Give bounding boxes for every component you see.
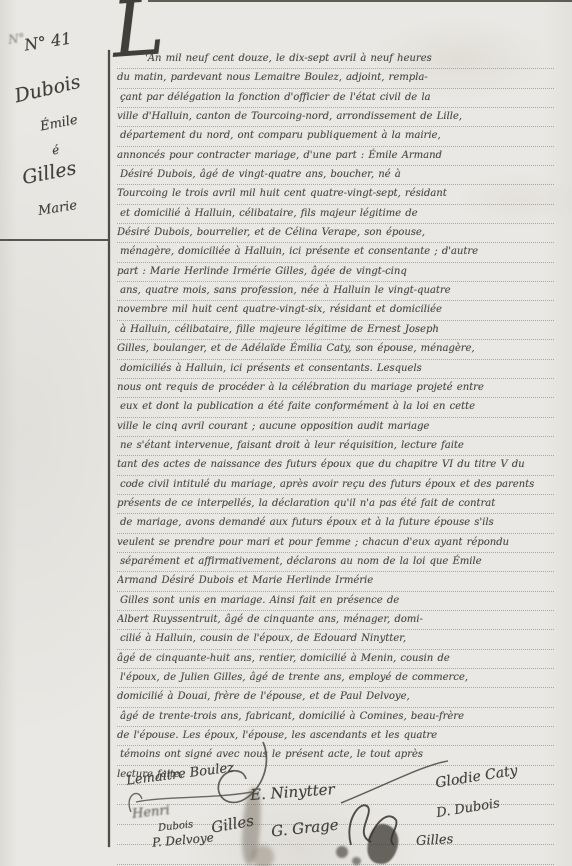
text-line: âgé de cinquante-huit ans, rentier, domi… [117, 650, 554, 669]
text-line: novembre mil huit cent quatre-vingt-six,… [117, 301, 554, 320]
margin-bride-given: Marie [37, 198, 78, 219]
margin-horizontal-rule [0, 239, 108, 241]
act-body: 'An mil neuf cent douze, le dix-sept avr… [117, 50, 554, 865]
text-line: ans, quatre mois, sans profession, née à… [117, 282, 554, 301]
registry-page: N° N° 41 Dubois Émile é Gilles Marie L '… [0, 0, 572, 866]
margin-conjunction: é [51, 142, 60, 157]
ink-smudge-bottom [252, 845, 274, 866]
margin-groom-surname: Dubois [12, 71, 82, 107]
text-line: Gilles, boulanger, et de Adélaïde Émilia… [117, 340, 554, 359]
act-number: N° 41 [23, 28, 73, 54]
text-line: cilié à Halluin, cousin de l'époux, de E… [117, 630, 554, 649]
text-line: ménagère, domiciliée à Halluin, ici prés… [117, 243, 554, 262]
text-line: domicilié à Douai, frère de l'épouse, et… [117, 688, 554, 707]
text-line: du matin, pardevant nous Lemaitre Boulez… [117, 69, 554, 88]
margin-groom-given: Émile [39, 113, 79, 135]
text-line: çant par délégation la fonction d'offici… [117, 89, 554, 108]
margin-bride-surname: Gilles [20, 157, 78, 189]
text-line: eux et dont la publication a été faite c… [117, 398, 554, 417]
text-line: et domicilié à Halluin, célibataire, fil… [117, 205, 554, 224]
text-line: département du nord, ont comparu publiqu… [117, 127, 554, 146]
text-line: part : Marie Herlinde Irmérie Gilles, âg… [117, 263, 554, 282]
blank-ruled-line [117, 845, 554, 865]
text-line: à Halluin, célibataire, fille majeure lé… [117, 321, 554, 340]
text-line: annoncés pour contracter mariage, d'une … [117, 147, 554, 166]
ink-speck [336, 846, 348, 858]
text-line: ville le cinq avril courant ; aucune opp… [117, 418, 554, 437]
text-line: séparément et affirmativement, déclarons… [117, 553, 554, 572]
text-line: témoins ont signé avec nous le présent a… [117, 746, 554, 765]
text-line: 'An mil neuf cent douze, le dix-sept avr… [117, 50, 554, 69]
margin-vertical-rule [108, 50, 110, 847]
text-line: code civil intitulé du mariage, après av… [117, 476, 554, 495]
text-line: de mariage, avons demandé aux futurs épo… [117, 514, 554, 533]
text-line: ville d'Halluin, canton de Tourcoing-nor… [117, 108, 554, 127]
text-line: Gilles sont unis en mariage. Ainsi fait … [117, 592, 554, 611]
text-line: présents de ce interpellés, la déclarati… [117, 495, 554, 514]
text-line: de l'épouse. Les époux, l'épouse, les as… [117, 727, 554, 746]
text-line: veulent se prendre pour mari et pour fem… [117, 534, 554, 553]
text-line: l'époux, de Julien Gilles, âgé de trente… [117, 669, 554, 688]
text-line: Armand Désiré Dubois et Marie Herlinde I… [117, 572, 554, 591]
text-line: Désiré Dubois, bourrelier, et de Célina … [117, 224, 554, 243]
text-line: âgé de trente-trois ans, fabricant, domi… [117, 708, 554, 727]
text-line: nous ont requis de procéder à la célébra… [117, 379, 554, 398]
signature-gilles-right: Gilles [416, 832, 454, 849]
text-line: tant des actes de naissance des futurs é… [117, 456, 554, 475]
scan-top-edge-line [148, 0, 572, 2]
text-line: ne s'étant intervenue, faisant droit à l… [117, 437, 554, 456]
text-line: Désiré Dubois, âgé de vingt-quatre ans, … [117, 166, 554, 185]
text-line: domiciliés à Halluin, ici présents et co… [117, 360, 554, 379]
text-line: Albert Ruyssentruit, âgé de cinquante an… [117, 611, 554, 630]
text-line: Tourcoing le trois avril mil huit cent q… [117, 185, 554, 204]
ink-speck-small [352, 857, 361, 865]
